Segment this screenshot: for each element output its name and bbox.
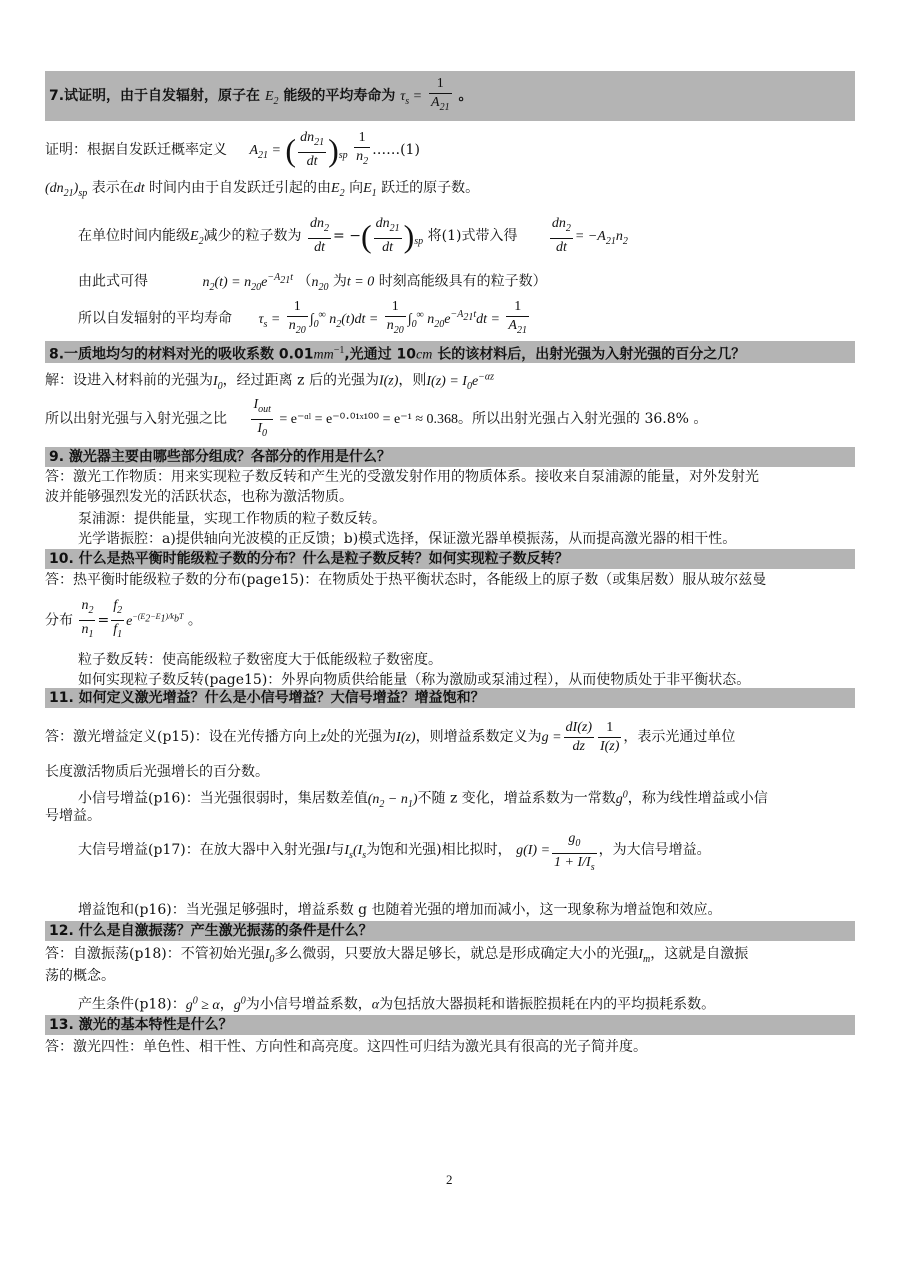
q9-line-2: 波并能够强烈发光的活跃状态，也称为激活物质。 bbox=[45, 487, 857, 507]
q10-line-2: 分布 n2n1=f2f1e−(E2−E1)/kbT 。 bbox=[45, 592, 857, 642]
q7-heading: 7.试证明，由于自发辐射，原子在 E2 能级的平均寿命为 τs = 1A21 。 bbox=[45, 71, 855, 121]
q10-line-4: 如何实现粒子数反转(page15)：外界向物质供给能量（称为激励或泵浦过程），从… bbox=[78, 670, 890, 690]
q12-heading: 12. 什么是自激振荡？产生激光振荡的条件是什么？ bbox=[45, 921, 855, 941]
page-number: 2 bbox=[446, 1172, 453, 1188]
q12-line-2: 荡的概念。 bbox=[45, 966, 857, 986]
q11-line-6: 增益饱和(p16)：当光强足够强时，增益系数 g 也随着光强的增加而减小，这一现… bbox=[78, 900, 890, 920]
q10-line-3: 粒子数反转：使高能级粒子数密度大于低能级粒子数密度。 bbox=[78, 650, 890, 670]
q9-line-4: 光学谐振腔：a)提供轴向光波模的正反馈；b)模式选择，保证激光器单模振荡，从而提… bbox=[78, 529, 890, 549]
q10-line-1: 答：热平衡时能级粒子数的分布(page15)：在物质处于热平衡状态时，各能级上的… bbox=[45, 570, 857, 590]
q13-line-1: 答：激光四性：单色性、相干性、方向性和高亮度。这四性可归结为激光具有很高的光子简… bbox=[45, 1037, 857, 1057]
q10-heading: 10. 什么是热平衡时能级粒子数的分布？什么是粒子数反转？如何实现粒子数反转？ bbox=[45, 549, 855, 569]
q7-proof-line-5: 所以自发辐射的平均寿命 τs = 1n20∫0∞ n2(t)dt = 1n20∫… bbox=[78, 292, 890, 338]
q11-line-5: 大信号增益(p17)：在放大器中入射光强I与Is(Is为饱和光强)相比拟时， g… bbox=[78, 830, 890, 890]
q8-line-1: 解：设进入材料前的光强为I0，经过距离 z 后的光强为I(z)，则I(z) = … bbox=[45, 367, 857, 396]
q7-proof-line-2: (dn21)sp 表示在dt 时间内由于自发跃迁引起的由E2 向E1 跃迁的原子… bbox=[45, 178, 857, 204]
q9-line-1: 答：激光工作物质：用来实现粒子数反转和产生光的受激发射作用的物质体系。接收来自泵… bbox=[45, 467, 857, 487]
q11-heading: 11. 如何定义激光增益？什么是小信号增益？大信号增益？增益饱和？ bbox=[45, 688, 855, 708]
q8-heading: 8.一质地均匀的材料对光的吸收系数 0.01mm−1,光通过 10cm 长的该材… bbox=[45, 341, 855, 363]
q7-title-mid: 能级的平均寿命为 bbox=[283, 88, 395, 104]
q9-line-3: 泵浦源：提供能量，实现工作物质的粒子数反转。 bbox=[78, 509, 890, 529]
q8-line-2: 所以出射光强与入射光强之比 IoutI0 = e⁻ᵅˡ = e⁻⁰·⁰¹ˣ¹⁰⁰… bbox=[45, 394, 857, 444]
q12-line-3: 产生条件(p18)：g0 ≥ α，g0为小信号增益系数，α为包括放大器损耗和谐振… bbox=[78, 991, 890, 1016]
q7-proof-line-1: 证明：根据自发跃迁概率定义 A21 = (dn21dt)sp 1n2……(1) bbox=[45, 128, 857, 172]
q7-proof-line-3: 在单位时间内能级E2减少的粒子数为 dn2dt= −(dn21dt)sp 将(1… bbox=[78, 212, 890, 260]
q7-title: 7.试证明，由于自发辐射，原子在 bbox=[49, 88, 260, 104]
q11-line-4: 号增益。 bbox=[45, 806, 857, 826]
q11-line-1: 答：激光增益定义(p15)：设在光传播方向上z处的光强为I(z)，则增益系数定义… bbox=[45, 712, 857, 762]
q9-heading: 9. 激光器主要由哪些部分组成？各部分的作用是什么？ bbox=[45, 447, 855, 467]
q11-line-2: 长度激活物质后光强增长的百分数。 bbox=[45, 762, 857, 782]
q13-heading: 13. 激光的基本特性是什么？ bbox=[45, 1015, 855, 1035]
